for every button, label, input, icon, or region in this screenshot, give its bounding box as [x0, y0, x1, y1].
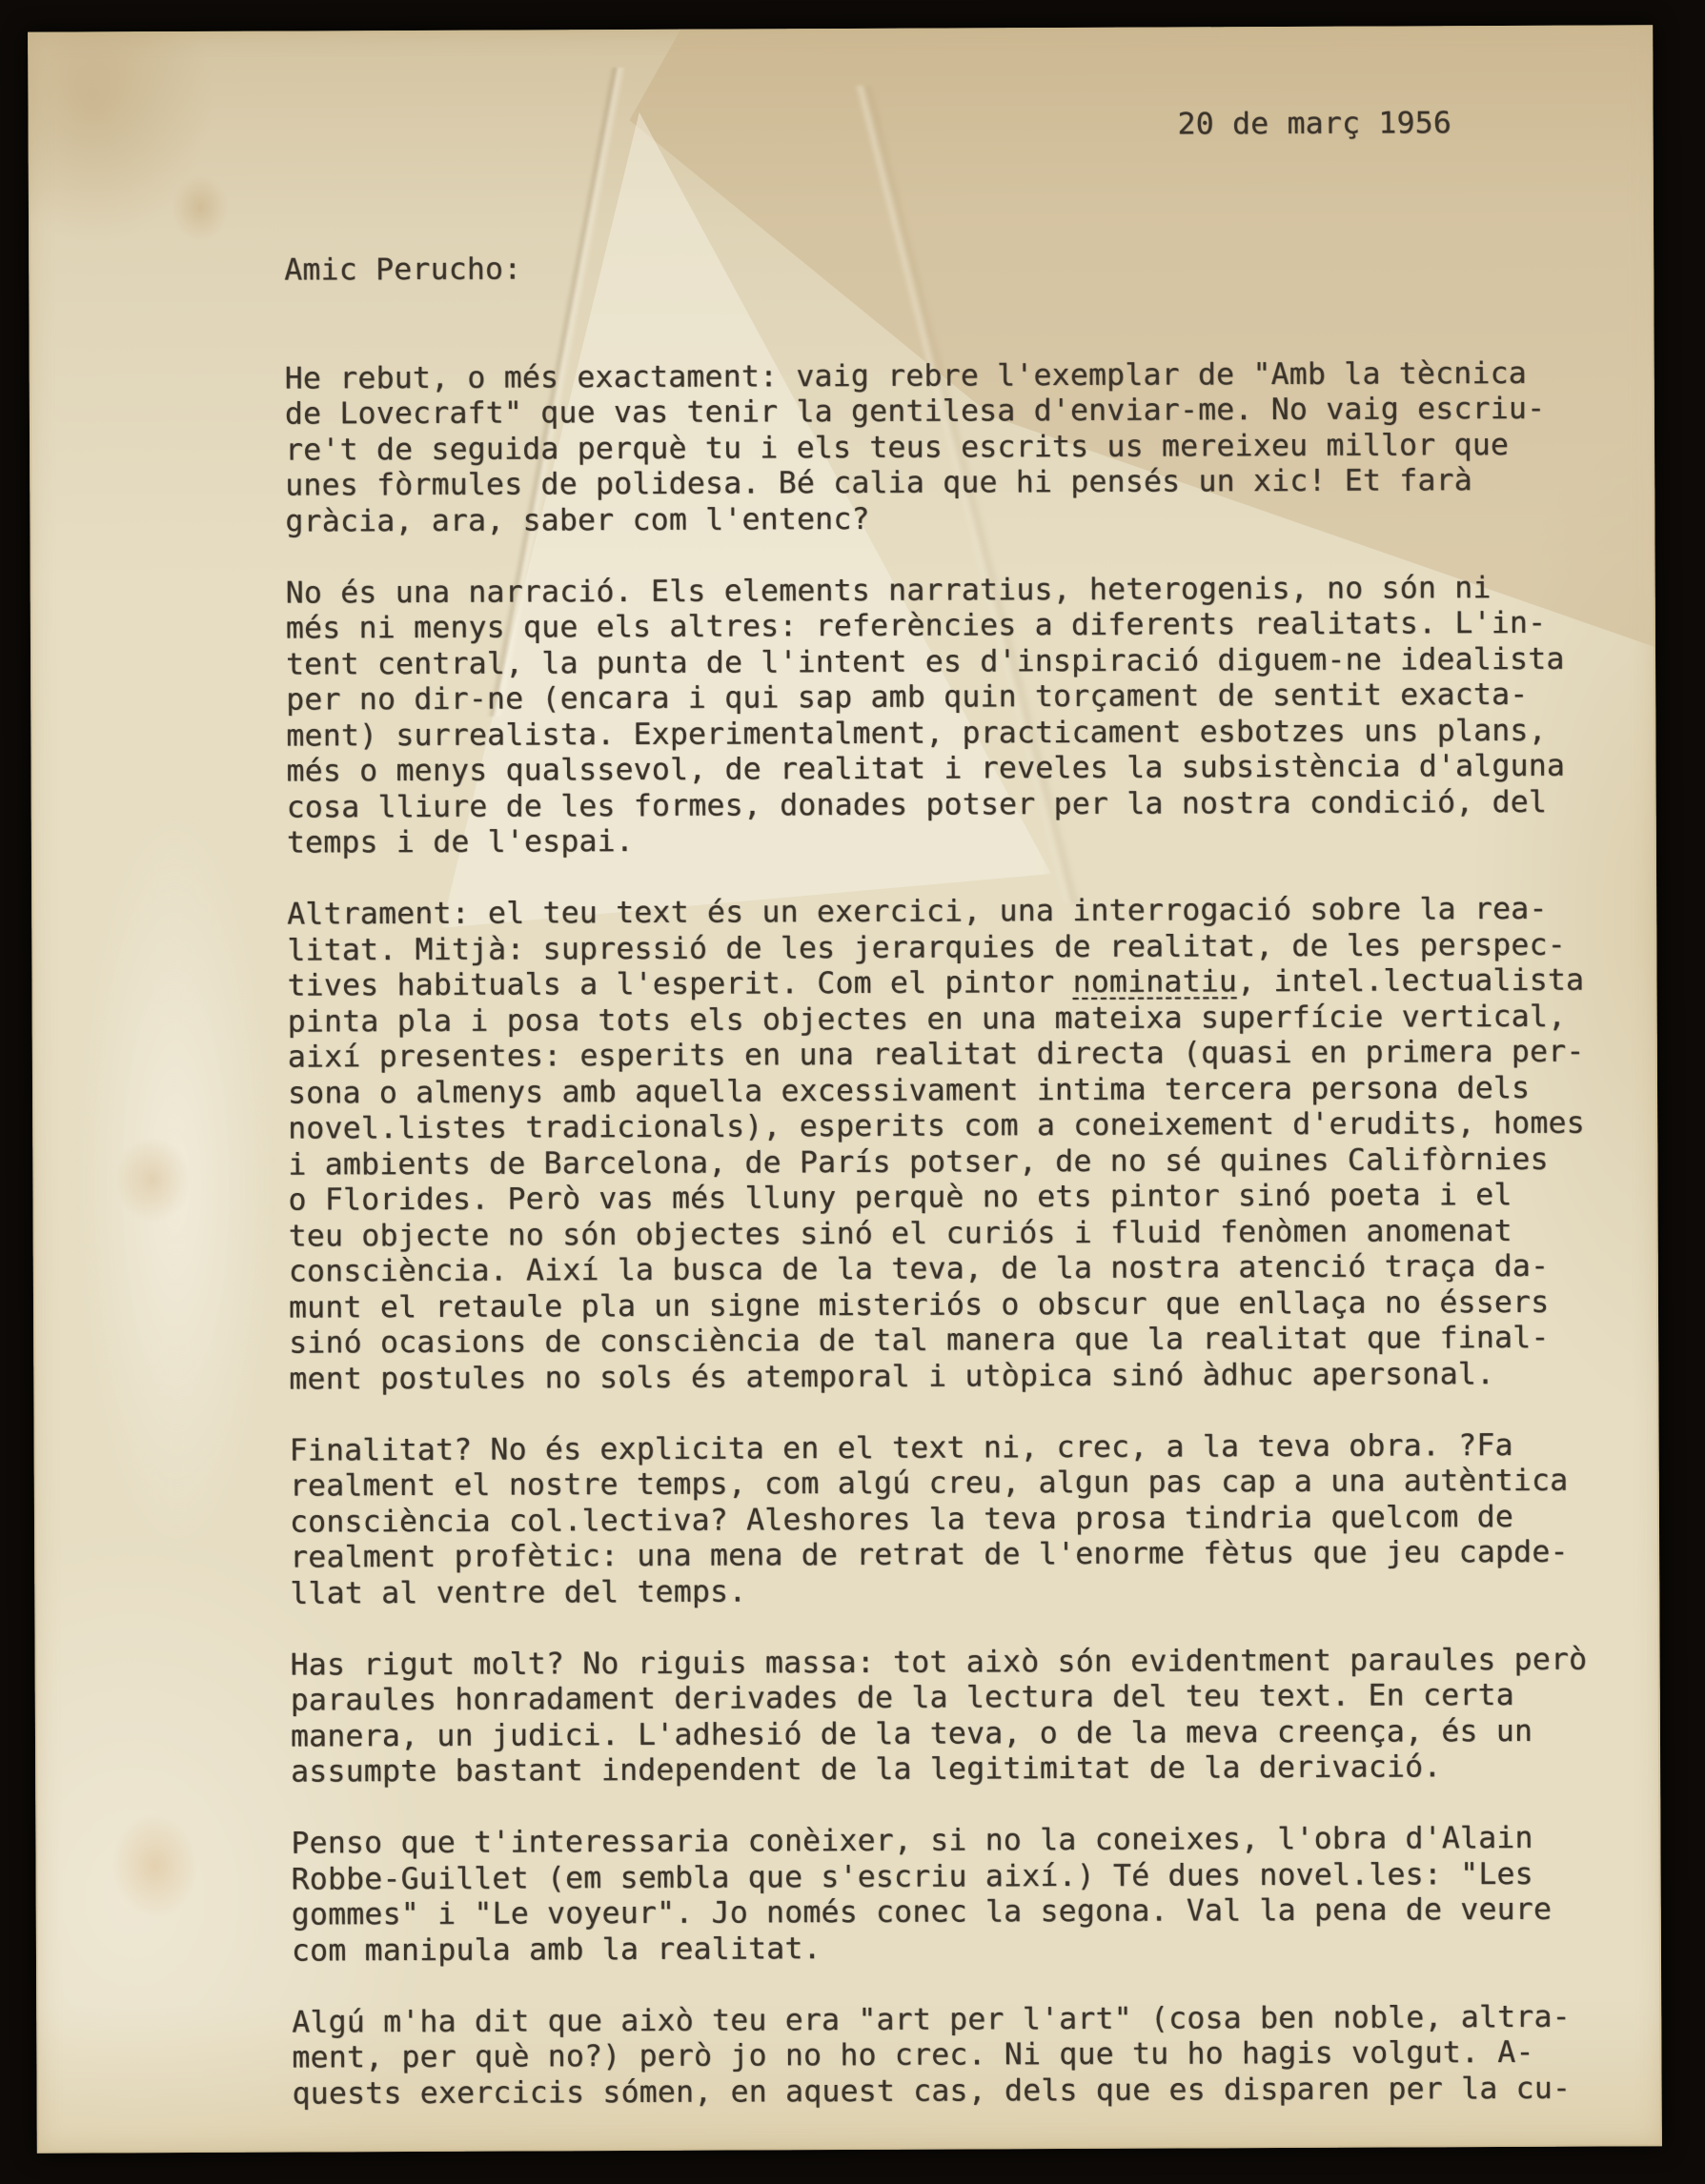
letter-page: 20 de març 1956 Amic Perucho: He rebut, …	[28, 25, 1662, 2153]
paper-stain	[112, 1813, 197, 1918]
letter-date: 20 de març 1956	[1178, 106, 1452, 143]
letter-paragraph: Finalitat? No és explicita en el text ni…	[290, 1427, 1588, 1611]
letter-paragraph: Has rigut molt? No riguis massa: tot aix…	[291, 1642, 1588, 1790]
letter-body: Amic Perucho: He rebut, o més exactament…	[284, 248, 1589, 2113]
letter-paragraph: He rebut, o més exactament: vaig rebre l…	[285, 355, 1583, 539]
letter-paragraph: No és una narració. Els elements narrati…	[286, 570, 1584, 861]
letter-paragraph: Penso que t'interessaria conèixer, si no…	[291, 1821, 1588, 1970]
letter-salutation: Amic Perucho:	[284, 248, 1581, 289]
letter-paragraph: Algú m'ha dit que això teu era "art per …	[292, 1999, 1589, 2112]
paper-stain	[114, 1137, 191, 1223]
letter-paragraph: Altrament: el teu text és un exercici, u…	[287, 892, 1586, 1398]
paper-stain	[172, 174, 229, 241]
paper-light-patch	[79, 813, 273, 1557]
